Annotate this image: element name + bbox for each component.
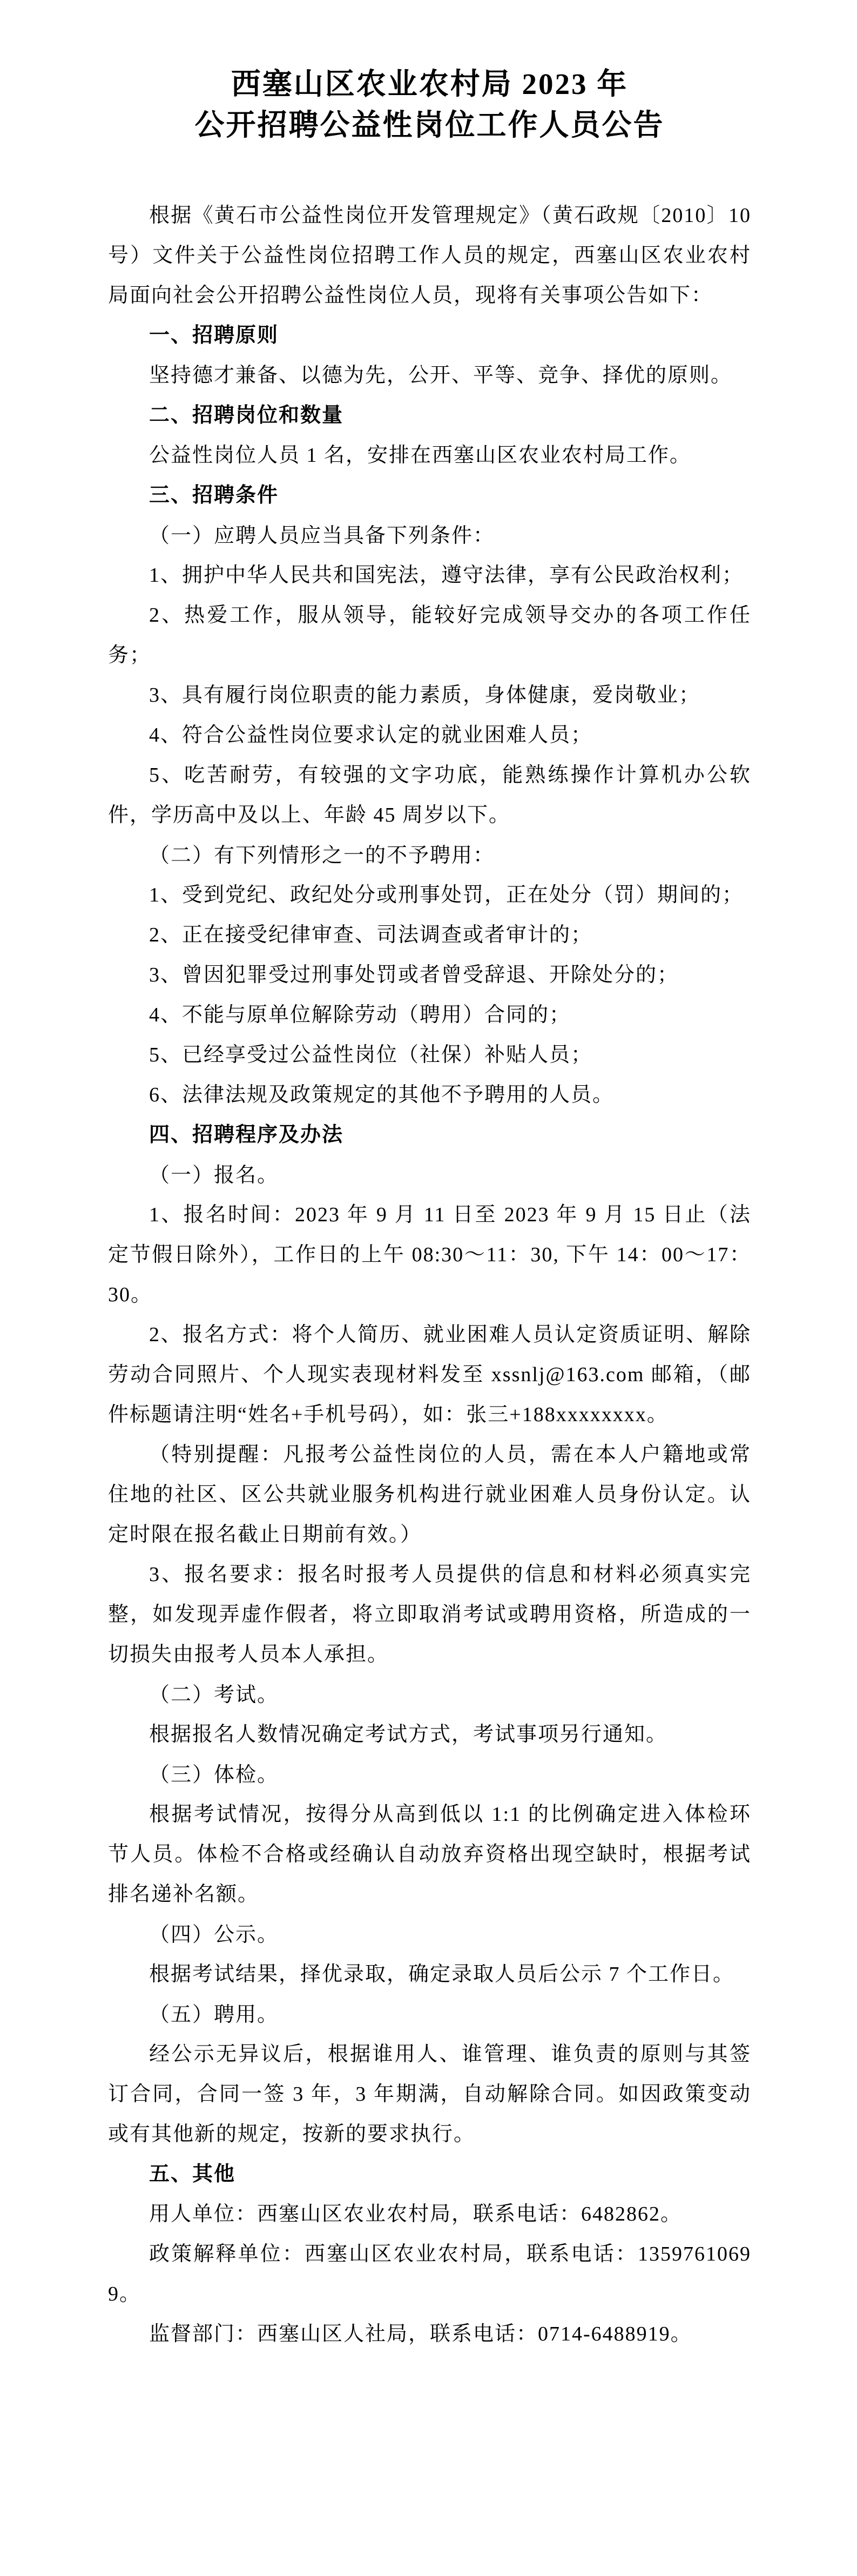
section-heading-principles: 一、招聘原则: [108, 315, 751, 355]
section-heading-other: 五、其他: [108, 2154, 751, 2194]
section-heading-positions: 二、招聘岗位和数量: [108, 395, 751, 435]
list-item: 2、热爱工作，服从领导，能较好完成领导交办的各项工作任务；: [108, 595, 751, 675]
list-item: 1、受到党纪、政纪处分或刑事处罚，正在处分（罚）期间的；: [108, 875, 751, 915]
document-title-line-1: 西塞山区农业农村局 2023 年: [108, 64, 751, 105]
special-reminder-paragraph: （特别提醒：凡报考公益性岗位的人员，需在本人户籍地或常住地的社区、区公共就业服务…: [108, 1435, 751, 1555]
list-item: 6、法律法规及政策规定的其他不予聘用的人员。: [108, 1075, 751, 1115]
subsection-heading-qualifications: （一）应聘人员应当具备下列条件：: [108, 515, 751, 555]
section-heading-procedure: 四、招聘程序及办法: [108, 1115, 751, 1155]
document-title: 西塞山区农业农村局 2023 年 公开招聘公益性岗位工作人员公告: [108, 64, 751, 146]
list-item: 3、具有履行岗位职责的能力素质，身体健康，爱岗敬业；: [108, 675, 751, 715]
registration-time-paragraph: 1、报名时间：2023 年 9 月 11 日至 2023 年 9 月 15 日止…: [108, 1195, 751, 1315]
registration-requirement-paragraph: 3、报名要求：报名时报考人员提供的信息和材料必须真实完整，如发现弄虚作假者，将立…: [108, 1555, 751, 1674]
subsection-heading-registration: （一）报名。: [108, 1155, 751, 1195]
registration-method-paragraph: 2、报名方式：将个人简历、就业困难人员认定资质证明、解除劳动合同照片、个人现实表…: [108, 1315, 751, 1435]
list-item: 3、曾因犯罪受过刑事处罚或者曾受辞退、开除处分的；: [108, 955, 751, 995]
body-paragraph: 根据考试结果，择优录取，确定录取人员后公示 7 个工作日。: [108, 1954, 751, 1994]
subsection-heading-physical: （三）体检。: [108, 1754, 751, 1794]
supervision-contact-line: 监督部门：西塞山区人社局，联系电话：0714-6488919。: [108, 2314, 751, 2354]
subsection-heading-exam: （二）考试。: [108, 1674, 751, 1714]
employer-contact-line: 用人单位：西塞山区农业农村局，联系电话：6482862。: [108, 2194, 751, 2234]
subsection-heading-publicity: （四）公示。: [108, 1914, 751, 1954]
intro-paragraph: 根据《黄石市公益性岗位开发管理规定》（黄石政规〔2010〕10 号）文件关于公益…: [108, 196, 751, 315]
list-item: 1、拥护中华人民共和国宪法，遵守法律，享有公民政治权利；: [108, 555, 751, 595]
announcement-page: 西塞山区农业农村局 2023 年 公开招聘公益性岗位工作人员公告 根据《黄石市公…: [0, 0, 857, 2576]
policy-contact-line: 政策解释单位：西塞山区农业农村局，联系电话：13597610699。: [108, 2234, 751, 2314]
body-paragraph: 根据报名人数情况确定考试方式，考试事项另行通知。: [108, 1714, 751, 1754]
section-heading-requirements: 三、招聘条件: [108, 475, 751, 515]
subsection-heading-disqualifications: （二）有下列情形之一的不予聘用：: [108, 835, 751, 875]
document-title-line-2: 公开招聘公益性岗位工作人员公告: [108, 105, 751, 146]
list-item: 2、正在接受纪律审查、司法调查或者审计的；: [108, 915, 751, 955]
list-item: 5、吃苦耐劳，有较强的文字功底，能熟练操作计算机办公软件，学历高中及以上、年龄 …: [108, 755, 751, 835]
list-item: 4、符合公益性岗位要求认定的就业困难人员；: [108, 715, 751, 755]
body-paragraph: 坚持德才兼备、以德为先，公开、平等、竞争、择优的原则。: [108, 355, 751, 395]
subsection-heading-employment: （五）聘用。: [108, 1994, 751, 2034]
list-item: 4、不能与原单位解除劳动（聘用）合同的；: [108, 995, 751, 1035]
body-paragraph: 经公示无异议后，根据谁用人、谁管理、谁负责的原则与其签订合同，合同一签 3 年，…: [108, 2034, 751, 2154]
body-paragraph: 根据考试情况，按得分从高到低以 1:1 的比例确定进入体检环节人员。体检不合格或…: [108, 1794, 751, 1914]
list-item: 5、已经享受过公益性岗位（社保）补贴人员；: [108, 1035, 751, 1075]
body-paragraph: 公益性岗位人员 1 名，安排在西塞山区农业农村局工作。: [108, 435, 751, 475]
